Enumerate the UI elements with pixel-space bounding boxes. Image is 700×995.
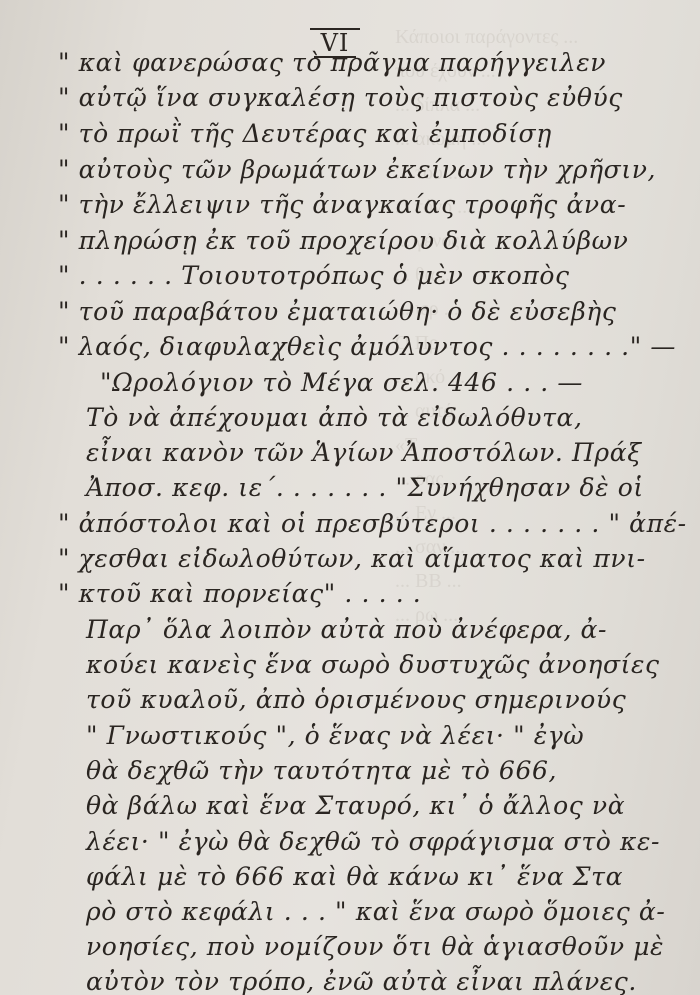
text-line: " Γνωστικούς ", ὁ ἕνας νὰ λέει· " ἐγὼ (86, 721, 584, 750)
text-line: " τὴν ἔλλειψιν τῆς ἀναγκαίας τροφῆς ἀνα- (58, 190, 626, 219)
text-line: " λαός, διαφυλαχθεὶς ἀμόλυντος . . . . .… (58, 332, 676, 361)
text-line: " χεσθαι εἰδωλοθύτων, καὶ αἵματος καὶ πν… (58, 544, 646, 573)
text-line: "Ωρολόγιον τὸ Μέγα σελ. 446 . . . — (100, 368, 583, 397)
text-line: Ἀποσ. κεφ. ιε΄. . . . . . . "Συνήχθησαν … (86, 473, 644, 502)
text-line: εἶναι κανὸν τῶν Ἁγίων Ἀποστόλων. Πράξ (86, 438, 642, 467)
text-line: " πληρώσῃ ἐκ τοῦ προχείρου διὰ κολλύβων (58, 226, 628, 255)
text-line: " αὐτοὺς τῶν βρωμάτων ἐκείνων τὴν χρῆσιν… (58, 155, 656, 184)
text-line: αὐτὸν τὸν τρόπο, ἐνῶ αὐτὰ εἶναι πλάνες. (86, 967, 637, 995)
text-line: τοῦ κυαλοῦ, ἀπὸ ὁρισμένους σημερινούς (86, 685, 626, 714)
text-line: Παρ᾽ ὅλα λοιπὸν αὐτὰ ποὺ ἀνέφερα, ἀ- (86, 615, 607, 644)
text-line: " . . . . . . Τοιουτοτρόπως ὁ μὲν σκοπὸς (58, 261, 570, 290)
text-line: Τὸ νὰ ἀπέχουμαι ἀπὸ τὰ εἰδωλόθυτα, (86, 403, 583, 432)
text-line: θὰ βάλω καὶ ἕνα Σταυρό, κι᾽ ὁ ἄλλος νὰ (86, 791, 625, 820)
text-line: ρὸ στὸ κεφάλι . . . " καὶ ἕνα σωρὸ ὅμοιε… (86, 897, 665, 926)
text-line: " ἀπόστολοι καὶ οἱ πρεσβύτεροι . . . . .… (58, 509, 687, 538)
text-line: κούει κανεὶς ἕνα σωρὸ δυστυχῶς ἀνοησίες (86, 650, 660, 679)
text-line: " τὸ πρωῒ τῆς Δευτέρας καὶ ἐμποδίσῃ (58, 119, 552, 148)
text-line: φάλι μὲ τὸ 666 καὶ θὰ κάνω κι᾽ ἕνα Στα (86, 862, 623, 891)
text-line: " τοῦ παραβάτου ἐματαιώθη· ὁ δὲ εὐσεβὴς (58, 297, 616, 326)
text-line: λέει· " ἐγὼ θὰ δεχθῶ τὸ σφράγισμα στὸ κε… (86, 827, 660, 856)
text-line: " καὶ φανερώσας τὸ πρᾶγμα παρήγγειλεν (58, 48, 606, 77)
text-line: νοησίες, ποὺ νομίζουν ὅτι θὰ ἁγιασθοῦν μ… (86, 932, 664, 961)
manuscript-page: Κάποιοι παράγοντες ... που έχουν ... ...… (0, 0, 700, 995)
text-line: " κτοῦ καὶ πορνείας" . . . . . (58, 579, 421, 608)
text-line: θὰ δεχθῶ τὴν ταυτότητα μὲ τὸ 666, (86, 756, 557, 785)
text-line: " αὐτῷ ἵνα συγκαλέσῃ τοὺς πιστοὺς εὐθύς (58, 83, 623, 112)
